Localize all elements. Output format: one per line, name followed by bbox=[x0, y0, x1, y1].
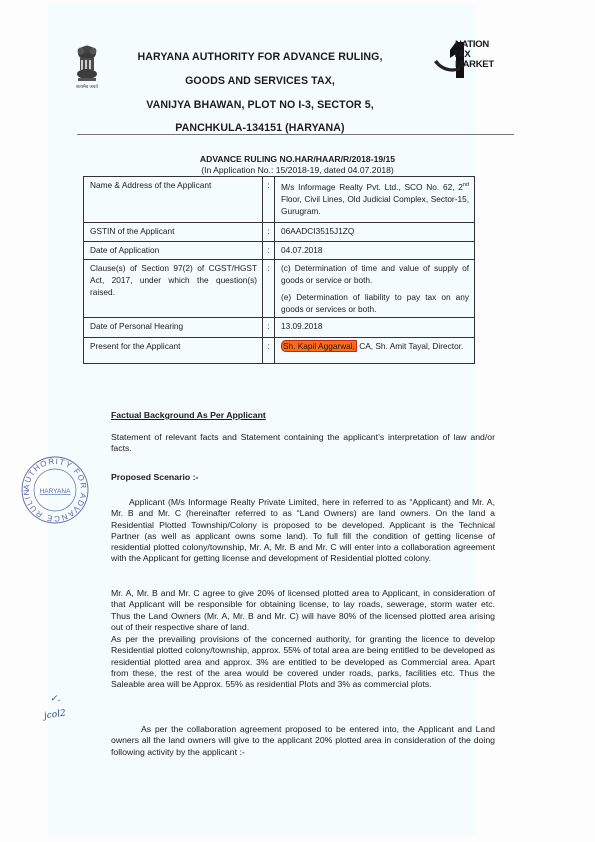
scenario-paragraph-3: As per the prevailing provisions of the … bbox=[111, 634, 495, 690]
row-separator: : bbox=[263, 318, 275, 338]
ruling-document: सत्यमेव जयते HARYANA AUTHORITY FOR ADVAN… bbox=[0, 0, 595, 842]
representatives-value: Sh. Kapil Aggarwal, CA, Sh. Amit Tayal, … bbox=[275, 338, 475, 364]
table-row: Present for the Applicant : Sh. Kapil Ag… bbox=[84, 338, 475, 364]
ruling-number: ADVANCE RULING NO.HAR/HAAR/R/2018-19/15 bbox=[0, 154, 595, 164]
table-row: Clause(s) of Section 97(2) of CGST/HGST … bbox=[84, 260, 475, 318]
authority-subtitle: GOODS AND SERVICES TAX, bbox=[130, 75, 390, 87]
table-row: Name & Address of the Applicant : M/s In… bbox=[84, 177, 475, 223]
authority-seal-icon: AUTHORITY FOR ADVANCE RULING HARYANA bbox=[20, 455, 90, 525]
application-reference: (In Application No.: 15/2018-19, dated 0… bbox=[0, 165, 595, 175]
scenario-heading: Proposed Scenario :- bbox=[111, 472, 495, 483]
applicant-details-table: Name & Address of the Applicant : M/s In… bbox=[83, 176, 475, 364]
svg-text:सत्यमेव जयते: सत्यमेव जयते bbox=[76, 83, 98, 89]
table-row: GSTIN of the Applicant : 06AADCI3515J1ZQ bbox=[84, 223, 475, 242]
row-separator: : bbox=[263, 242, 275, 260]
row-separator: : bbox=[263, 223, 275, 242]
row-label: Date of Personal Hearing bbox=[84, 318, 263, 338]
gstin-value: 06AADCI3515J1ZQ bbox=[275, 223, 475, 242]
handwritten-tick: ✓. bbox=[50, 694, 60, 704]
row-separator: : bbox=[263, 338, 275, 364]
intro-paragraph: Statement of relevant facts and Statemen… bbox=[111, 432, 495, 455]
table-row: Date of Personal Hearing : 13.09.2018 bbox=[84, 318, 475, 338]
highlighted-text[interactable]: Sh. Kapil Aggarwal, bbox=[281, 340, 357, 352]
scenario-paragraph-1: Applicant (M/s Informage Realty Private … bbox=[111, 497, 495, 565]
row-label: GSTIN of the Applicant bbox=[84, 223, 263, 242]
header-divider bbox=[77, 134, 514, 135]
row-label: Clause(s) of Section 97(2) of CGST/HGST … bbox=[84, 260, 263, 318]
hearing-date: 13.09.2018 bbox=[275, 318, 475, 338]
authority-name: HARYANA AUTHORITY FOR ADVANCE RULING, bbox=[130, 51, 390, 63]
row-label: Name & Address of the Applicant bbox=[84, 177, 263, 223]
svg-text:HARYANA: HARYANA bbox=[40, 488, 71, 495]
applicant-address: M/s Informage Realty Pvt. Ltd., SCO No. … bbox=[275, 177, 475, 223]
handwritten-initials: jcol2 bbox=[43, 709, 66, 722]
nation-tax-market-wordmark: NATION TAX MARKET bbox=[455, 40, 494, 70]
clause-item: (e) Determination of liability to pay ta… bbox=[281, 291, 469, 315]
clauses-value: (c) Determination of time and value of s… bbox=[275, 260, 475, 318]
scenario-paragraph-4: As per the collaboration agreement propo… bbox=[111, 724, 495, 758]
clause-item: (c) Determination of time and value of s… bbox=[281, 262, 469, 286]
section-heading: Factual Background As Per Applicant bbox=[111, 410, 266, 420]
authority-address: VANIJYA BHAWAN, PLOT NO I-3, SECTOR 5, bbox=[130, 99, 390, 111]
state-emblem-icon: सत्यमेव जयते bbox=[72, 44, 102, 94]
authority-city: PANCHKULA-134151 (HARYANA) bbox=[130, 122, 390, 134]
row-label: Date of Application bbox=[84, 242, 263, 260]
table-row: Date of Application : 04.07.2018 bbox=[84, 242, 475, 260]
row-separator: : bbox=[263, 177, 275, 223]
row-label: Present for the Applicant bbox=[84, 338, 263, 364]
application-date: 04.07.2018 bbox=[275, 242, 475, 260]
scenario-paragraph-2: Mr. A, Mr. B and Mr. C agree to give 20%… bbox=[111, 588, 495, 633]
row-separator: : bbox=[263, 260, 275, 318]
